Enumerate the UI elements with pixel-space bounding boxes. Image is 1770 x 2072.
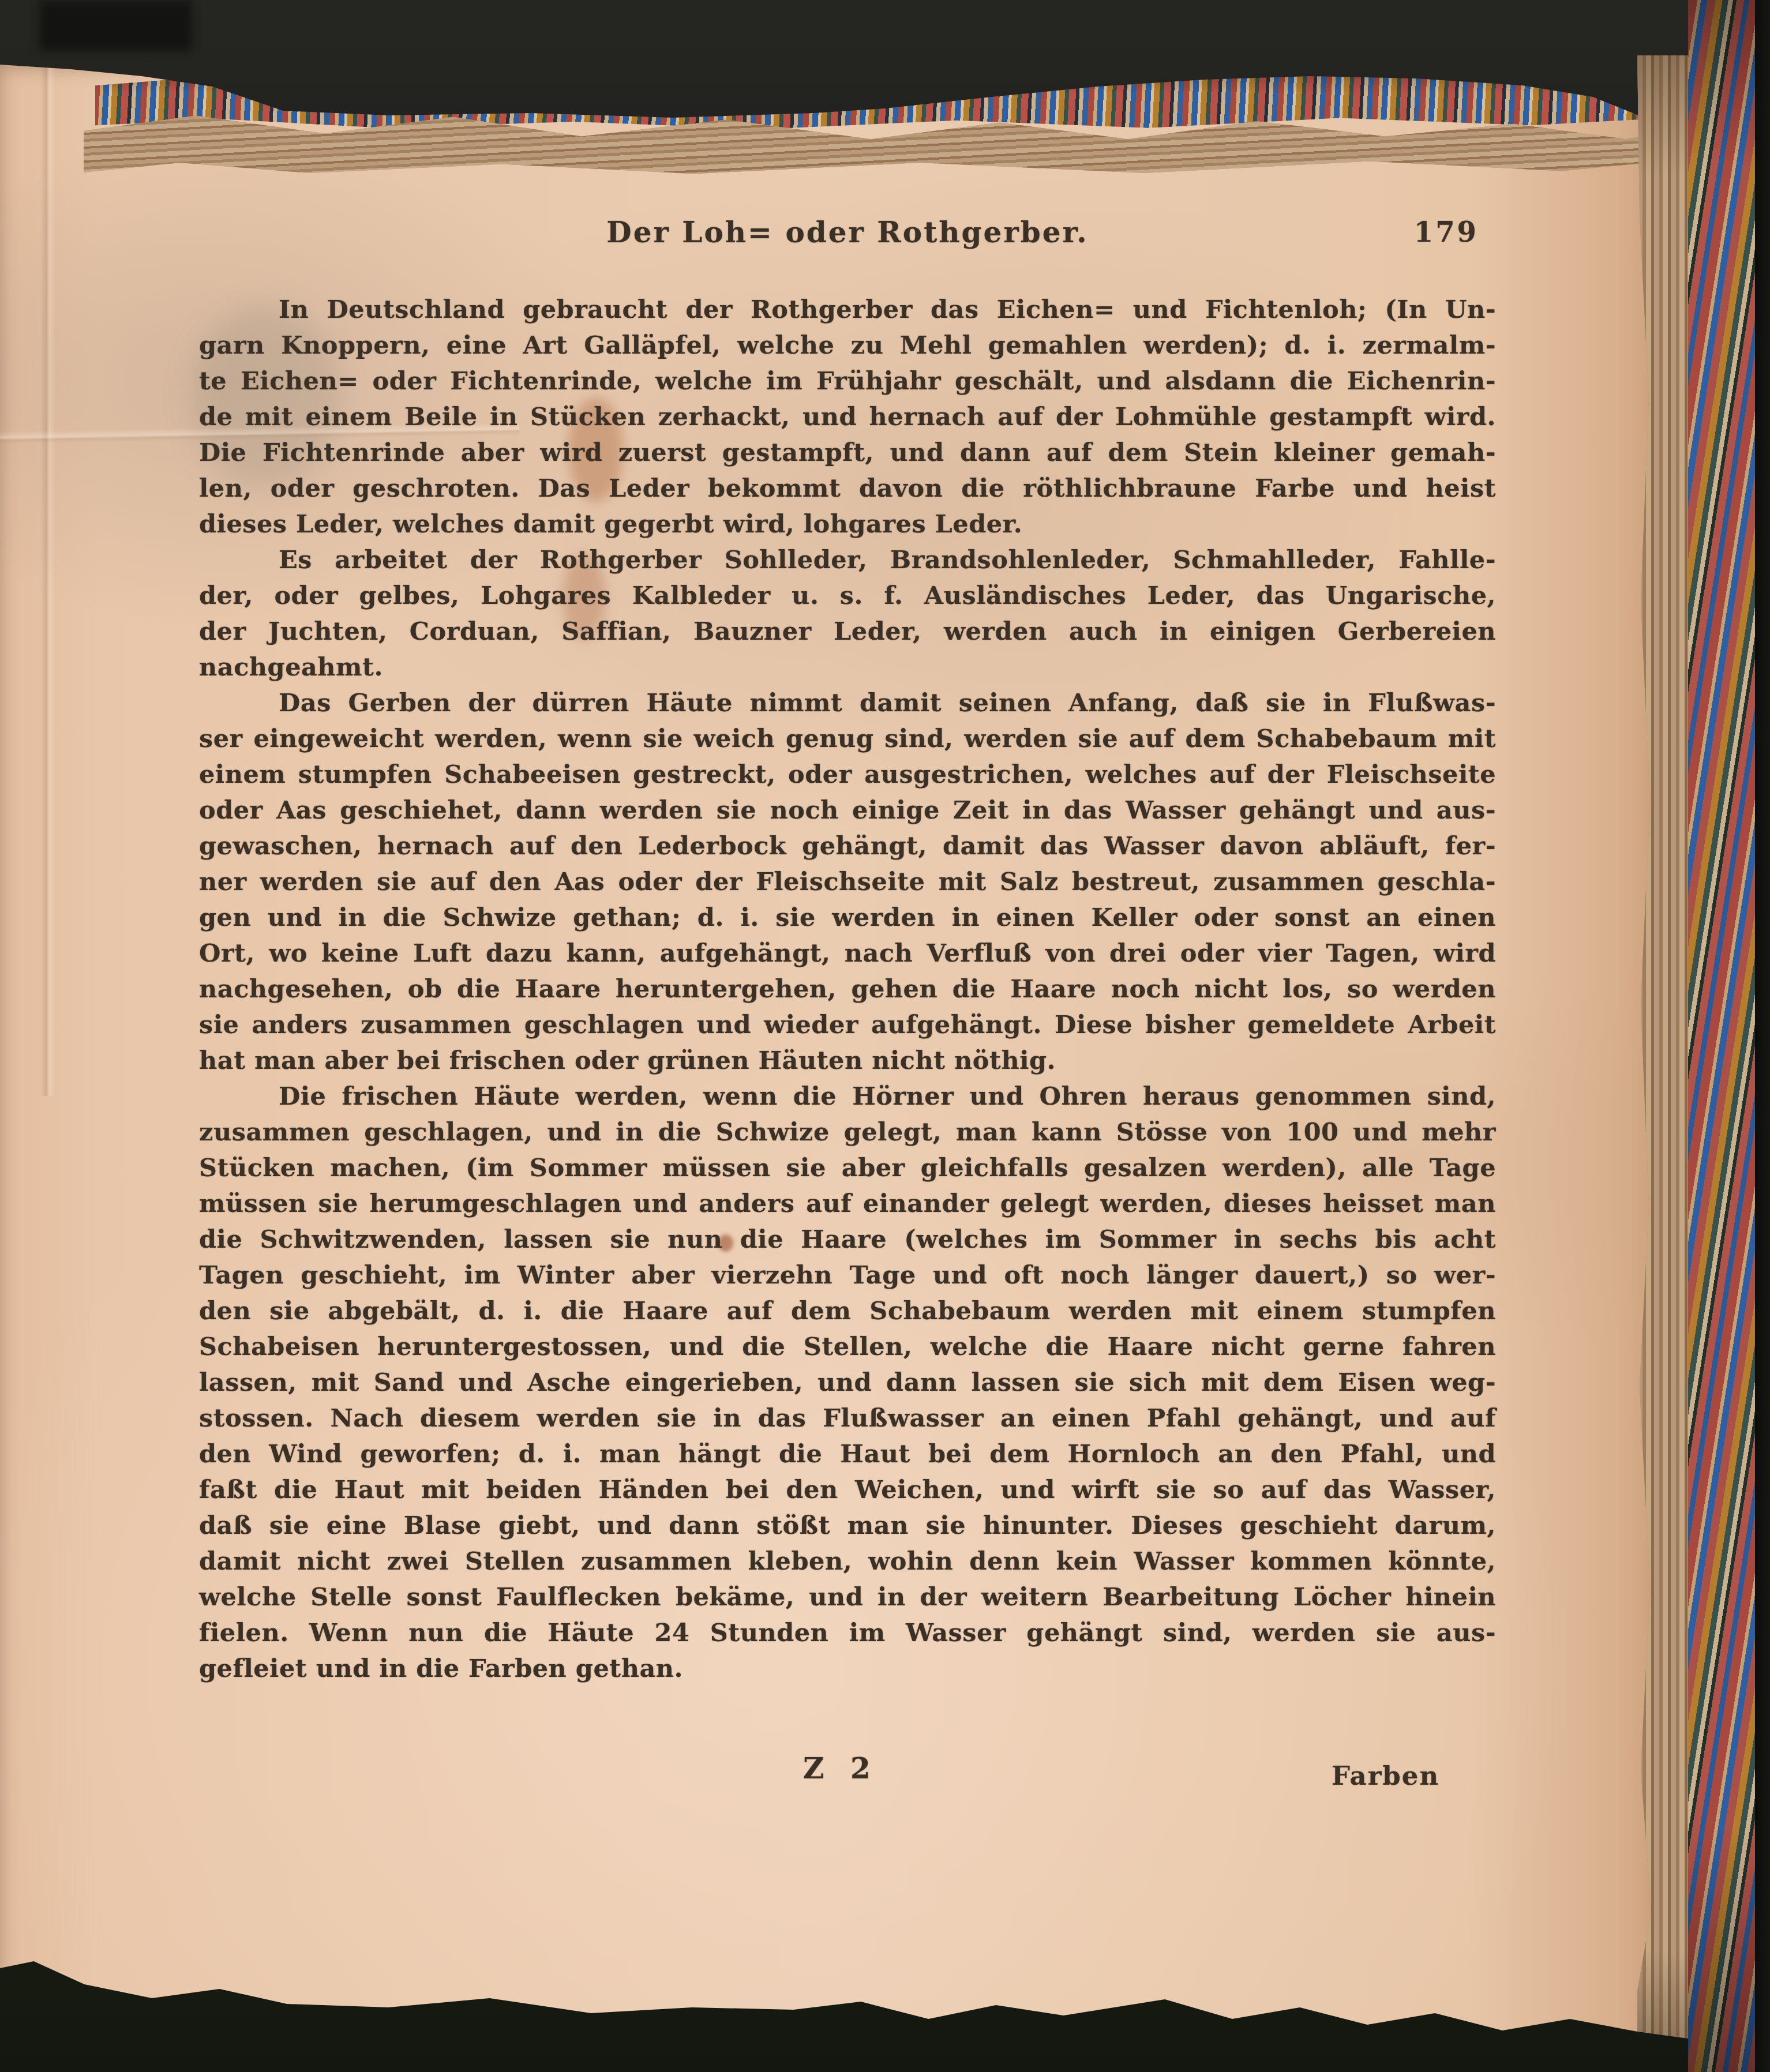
- text-line: die Schwitzwenden, lassen sie nun die Ha…: [199, 1222, 1496, 1258]
- text-line: oder Aas geschiehet, dann werden sie noc…: [199, 793, 1496, 828]
- text-line: daß sie eine Blase giebt, und dann stößt…: [199, 1508, 1496, 1544]
- scan-shadow-top-left: [39, 0, 192, 51]
- text-line: nachgesehen, ob die Haare heruntergehen,…: [199, 971, 1496, 1007]
- text-line: gefleiet und in die Farben gethan.: [199, 1651, 1496, 1687]
- text-line: dieses Leder, welches damit gegerbt wird…: [199, 506, 1496, 542]
- text-line: Das Gerben der dürren Häute nimmt damit …: [199, 685, 1496, 721]
- text-line: müssen sie herumgeschlagen und anders au…: [199, 1186, 1496, 1222]
- marbled-fore-edge: [1688, 0, 1756, 2072]
- text-line: lassen, mit Sand und Asche eingerieben, …: [199, 1365, 1496, 1401]
- text-line: garn Knoppern, eine Art Galläpfel, welch…: [199, 328, 1496, 363]
- text-line: Die frischen Häute werden, wenn die Hörn…: [199, 1079, 1496, 1114]
- text-line: Die Fichtenrinde aber wird zuerst gestam…: [199, 435, 1496, 471]
- text-line: Stücken machen, (im Sommer müssen sie ab…: [199, 1150, 1496, 1186]
- text-line: fielen. Wenn nun die Häute 24 Stunden im…: [199, 1615, 1496, 1651]
- text-line: damit nicht zwei Stellen zusammen kleben…: [199, 1544, 1496, 1579]
- text-line: Es arbeitet der Rothgerber Sohlleder, Br…: [199, 542, 1496, 578]
- text-line: welche Stelle sonst Faulflecken bekäme, …: [199, 1579, 1496, 1615]
- text-line: der Juchten, Corduan, Saffian, Bauzner L…: [199, 614, 1496, 650]
- text-line: den sie abgebält, d. i. die Haare auf de…: [199, 1293, 1496, 1329]
- text-line: stossen. Nach diesem werden sie in das F…: [199, 1401, 1496, 1436]
- text-line: gewaschen, hernach auf den Lederbock geh…: [199, 828, 1496, 864]
- text-line: gen und in die Schwize gethan; d. i. sie…: [199, 900, 1496, 936]
- text-line: einem stumpfen Schabeeisen gestreckt, od…: [199, 757, 1496, 793]
- text-line: de mit einem Beile in Stücken zerhackt, …: [199, 399, 1496, 435]
- text-line: den Wind geworfen; d. i. man hängt die H…: [199, 1436, 1496, 1472]
- text-line: Tagen geschieht, im Winter aber vierzehn…: [199, 1258, 1496, 1293]
- text-line: nachgeahmt.: [199, 650, 1496, 685]
- page-title: Der Loh= oder Rothgerber.: [199, 212, 1496, 253]
- text-line: sie anders zusammen geschlagen und wiede…: [199, 1007, 1496, 1043]
- text-line: faßt die Haut mit beiden Händen bei den …: [199, 1472, 1496, 1508]
- scan-background-right: [1755, 0, 1770, 2072]
- signature-mark: Z 2: [803, 1751, 879, 1785]
- text-line: te Eichen= oder Fichtenrinde, welche im …: [199, 363, 1496, 399]
- text-line: zusammen geschlagen, und in die Schwize …: [199, 1114, 1496, 1150]
- text-line: ser eingeweicht werden, wenn sie weich g…: [199, 721, 1496, 757]
- text-line: hat man aber bei frischen oder grünen Hä…: [199, 1043, 1496, 1079]
- text-line: In Deutschland gebraucht der Rothgerber …: [199, 292, 1496, 328]
- text-line: der, oder gelbes, Lohgares Kalbleder u. …: [199, 578, 1496, 614]
- page-number: 179: [1414, 212, 1479, 253]
- text-line: Schabeisen heruntergestossen, und die St…: [199, 1329, 1496, 1365]
- body-text: In Deutschland gebraucht der Rothgerber …: [199, 292, 1496, 1687]
- text-line: Ort, wo keine Luft dazu kann, aufgehängt…: [199, 936, 1496, 971]
- running-head: Der Loh= oder Rothgerber. 179: [199, 212, 1496, 253]
- scanned-book-page: Der Loh= oder Rothgerber. 179 In Deutsch…: [0, 0, 1770, 2072]
- text-line: len, oder geschroten. Das Leder bekommt …: [199, 471, 1496, 506]
- text-line: ner werden sie auf den Aas oder der Flei…: [199, 864, 1496, 900]
- catchword: Farben: [1332, 1761, 1439, 1791]
